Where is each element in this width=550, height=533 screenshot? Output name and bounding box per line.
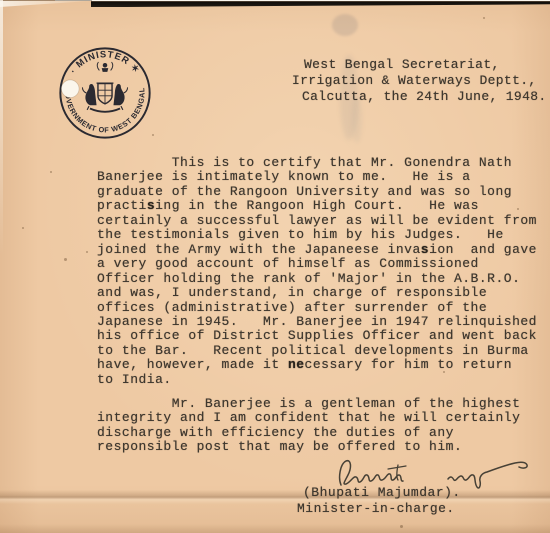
body-line: graduate of the Rangoon University and w…: [97, 185, 537, 199]
paper-speck: [400, 525, 403, 528]
paper-bottom-shade: [0, 524, 550, 533]
punch-hole: [61, 80, 79, 98]
scan-dark-edge: [91, 1, 550, 7]
body-line: Banerjee is intimately known to me. He i…: [97, 170, 537, 184]
scan-top-white-line: [55, 0, 550, 1]
signature-block: (Bhupati Majumdar).Minister-in-charge.: [297, 485, 461, 516]
paper-speck: [86, 251, 88, 253]
paper-speck: [22, 227, 24, 229]
body-line: the testimonials given to him by his Jud…: [97, 228, 537, 242]
paper-speck: [64, 258, 67, 261]
letterhead-line: Calcutta, the 24th June, 1948.: [292, 89, 547, 105]
body-paragraph-1: This is to certify that Mr. Gonendra Nat…: [97, 156, 537, 387]
body-line: a very good account of himself as Commis…: [97, 257, 537, 271]
paper-speck: [483, 17, 485, 19]
signature-line: Minister-in-charge.: [297, 501, 461, 517]
body-line: offices (administrative) after surrender…: [97, 301, 537, 315]
body-line: to the Bar. Recent political development…: [97, 344, 537, 358]
body-line: practising in the Rangoon High Court. He…: [97, 199, 537, 213]
body-paragraph-2: Mr. Banerjee is a gentleman of the highe…: [97, 397, 520, 455]
body-line: certainly a successful lawyer as will be…: [97, 214, 537, 228]
letterhead-address: West Bengal Secretariat,Irrigation & Wat…: [292, 57, 547, 105]
body-line: This is to certify that Mr. Gonendra Nat…: [97, 156, 537, 170]
body-line: discharge with efficiency the duties of …: [97, 426, 520, 440]
pencil-smudge: [332, 14, 358, 36]
body-line: Japanese in 1945. Mr. Banerjee in 1947 r…: [97, 315, 537, 329]
body-line: have, however, made it necessary for him…: [97, 358, 537, 372]
body-line: joined the Army with the Japaneese invas…: [97, 243, 537, 257]
body-line: integrity and I am confident that he wil…: [97, 411, 520, 425]
paper-fold-crease: [0, 490, 550, 504]
signature-line: (Bhupati Majumdar).: [297, 485, 461, 501]
coat-of-arms: [82, 62, 127, 112]
body-line: and was, I understand, in charge of resp…: [97, 286, 537, 300]
body-line: Mr. Banerjee is a gentleman of the highe…: [97, 397, 520, 411]
letterhead-line: Irrigation & Waterways Deptt.,: [292, 73, 547, 89]
scan-left-edge: [0, 0, 3, 255]
body-line: to India.: [97, 373, 537, 387]
paper-speck: [50, 171, 52, 173]
paper-speck: [152, 134, 154, 136]
scan-top-hairline: [0, 0, 92, 1]
scanned-letter-page: · MINISTER ✶ GOVERNMENT OF WEST BENGAL: [0, 0, 550, 533]
letterhead-line: West Bengal Secretariat,: [292, 57, 547, 73]
government-seal: · MINISTER ✶ GOVERNMENT OF WEST BENGAL: [58, 46, 152, 140]
body-line: his office of District Supplies Officer …: [97, 329, 537, 343]
body-line: Officer holding the rank of 'Major' in t…: [97, 272, 537, 286]
scan-corner-wedge: [0, 1, 90, 7]
